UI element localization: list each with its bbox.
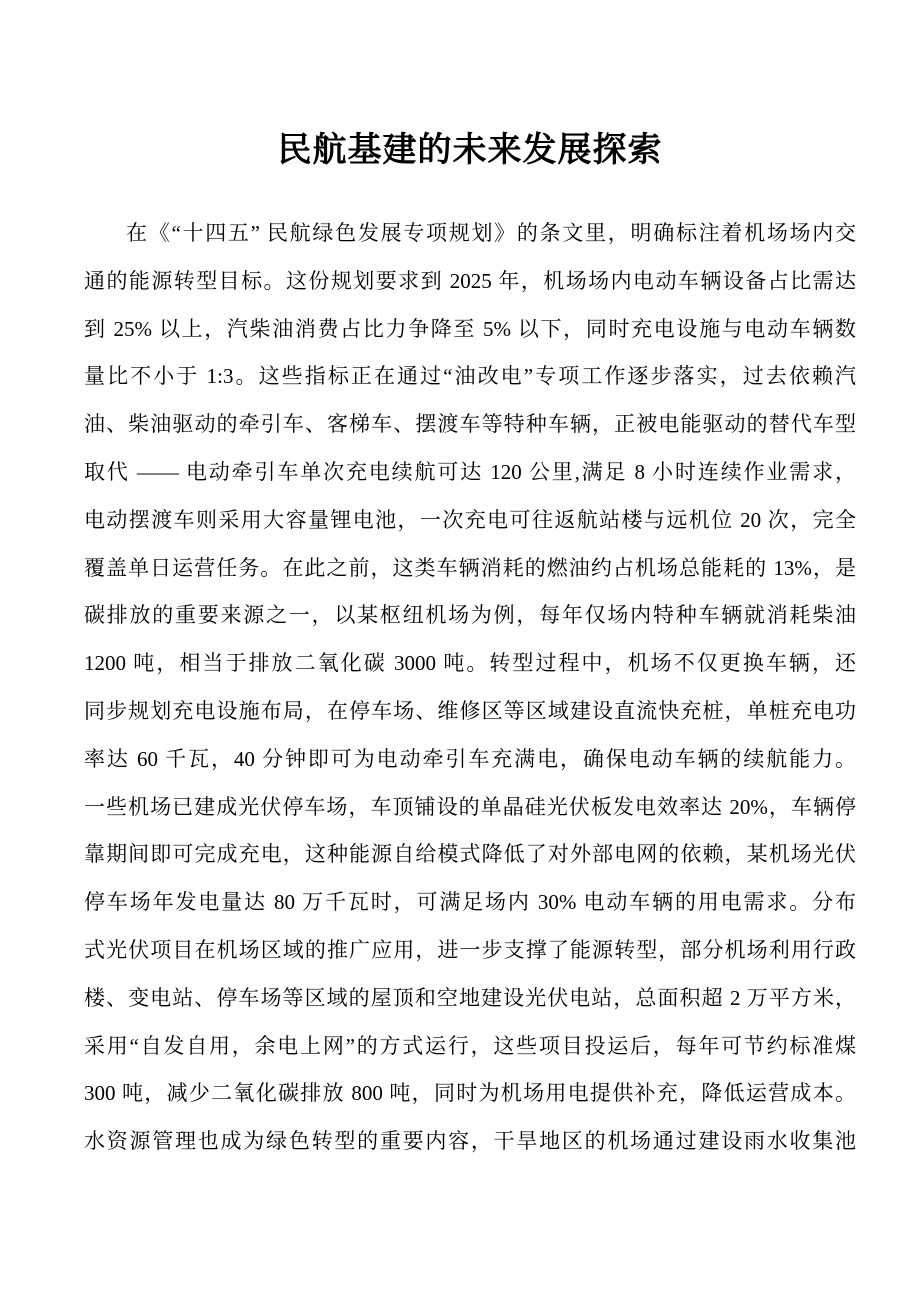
- paragraph-line: 取代 —— 电动牵引车单次充电续航可达 120 公里,满足 8 小时连续作业需求…: [84, 449, 856, 497]
- paragraph-line: 通的能源转型目标。这份规划要求到 2025 年，机场场内电动车辆设备占比需达: [84, 258, 856, 306]
- paragraph-line: 在《“十四五” 民航绿色发展专项规划》的条文里，明确标注着机场场内交: [84, 210, 856, 258]
- paragraph-line: 靠期间即可完成充电，这种能源自给模式降低了对外部电网的依赖，某机场光伏: [84, 831, 856, 879]
- paragraph-line: 油、柴油驱动的牵引车、客梯车、摆渡车等特种车辆，正被电能驱动的替代车型: [84, 401, 856, 449]
- document-title: 民航基建的未来发展探索: [84, 128, 856, 172]
- paragraph-line: 率达 60 千瓦，40 分钟即可为电动牵引车充满电，确保电动车辆的续航能力。: [84, 736, 856, 784]
- paragraph-line: 碳排放的重要来源之一，以某枢纽机场为例，每年仅场内特种车辆就消耗柴油: [84, 592, 856, 640]
- paragraph-line: 1200 吨，相当于排放二氧化碳 3000 吨。转型过程中，机场不仅更换车辆，还: [84, 640, 856, 688]
- paragraph-line: 停车场年发电量达 80 万千瓦时，可满足场内 30% 电动车辆的用电需求。分布: [84, 879, 856, 927]
- paragraph-line: 量比不小于 1:3。这些指标正在通过“油改电”专项工作逐步落实，过去依赖汽: [84, 353, 856, 401]
- paragraph-line: 一些机场已建成光伏停车场，车顶铺设的单晶硅光伏板发电效率达 20%，车辆停: [84, 784, 856, 832]
- paragraph-line: 覆盖单日运营任务。在此之前，这类车辆消耗的燃油约占机场总能耗的 13%，是: [84, 545, 856, 593]
- document-page: 民航基建的未来发展探索 在《“十四五” 民航绿色发展专项规划》的条文里，明确标注…: [0, 0, 920, 1302]
- paragraph-line: 到 25% 以上，汽柴油消费占比力争降至 5% 以下，同时充电设施与电动车辆数: [84, 306, 856, 354]
- paragraph-line: 电动摆渡车则采用大容量锂电池，一次充电可往返航站楼与远机位 20 次，完全: [84, 497, 856, 545]
- document-content: 民航基建的未来发展探索 在《“十四五” 民航绿色发展专项规划》的条文里，明确标注…: [84, 128, 856, 1166]
- paragraph-line: 采用“自发自用，余电上网”的方式运行，这些项目投运后，每年可节约标准煤: [84, 1023, 856, 1071]
- paragraph-line: 同步规划充电设施布局，在停车场、维修区等区域建设直流快充桩，单桩充电功: [84, 688, 856, 736]
- paragraph-line: 300 吨，减少二氧化碳排放 800 吨，同时为机场用电提供补充，降低运营成本。: [84, 1070, 856, 1118]
- document-body: 在《“十四五” 民航绿色发展专项规划》的条文里，明确标注着机场场内交通的能源转型…: [84, 210, 856, 1166]
- paragraph-line: 水资源管理也成为绿色转型的重要内容，干旱地区的机场通过建设雨水收集池: [84, 1118, 856, 1166]
- paragraph-line: 式光伏项目在机场区域的推广应用，进一步支撑了能源转型，部分机场利用行政: [84, 927, 856, 975]
- paragraph-line: 楼、变电站、停车场等区域的屋顶和空地建设光伏电站，总面积超 2 万平方米，: [84, 975, 856, 1023]
